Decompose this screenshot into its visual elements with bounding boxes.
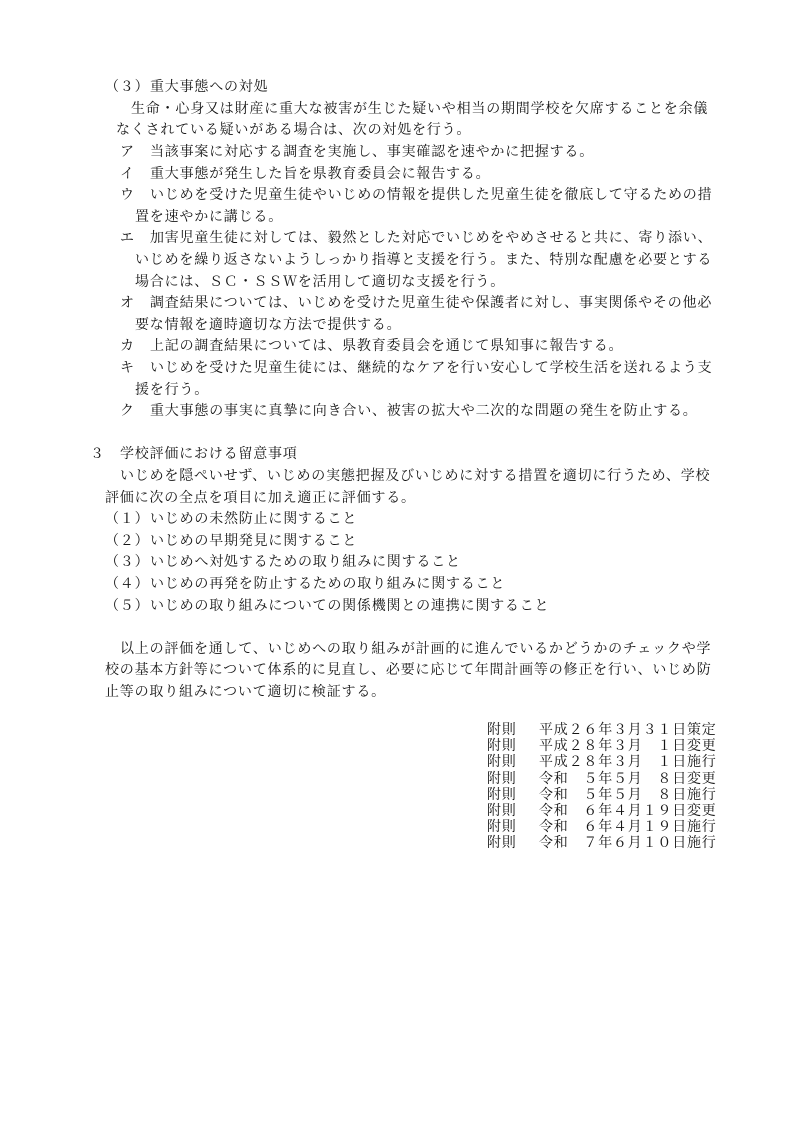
subsection-title: 重大事態への対処 (150, 77, 268, 99)
appendix-date: 令和 ７年６月１０日施行 (539, 835, 717, 851)
list-item-text-continued: 場合には、ＳＣ・ＳＳＷを活用して適切な支援を行う。 (135, 272, 505, 294)
list-item-text-continued: 要な情報を適時適切な方法で提供する。 (135, 315, 401, 337)
list-item-marker: ウ (120, 185, 135, 207)
list-item-text: 上記の調査結果については、県教育委員会を通じて県知事に報告する。 (150, 336, 623, 358)
paragraph-line: 生命・心身又は財産に重大な被害が生じた疑いや相当の期間学校を欠席することを余儀 (131, 99, 708, 121)
list-item-text: いじめを受けた児童生徒やいじめの情報を提供した児童生徒を徹底して守るための措 (150, 185, 712, 207)
list-item-marker: エ (120, 228, 135, 250)
list-item-marker: （３） (105, 552, 149, 574)
list-item-text: いじめを受けた児童生徒には、継続的なケアを行い安心して学校生活を送れるよう支 (150, 358, 712, 380)
appendix-date: 平成２８年３月 １日変更 (539, 738, 717, 754)
list-item-text-continued: 援を行う。 (135, 380, 209, 402)
list-item-text: いじめの未然防止に関すること (150, 509, 357, 531)
appendix-label: 附則 (487, 835, 517, 851)
appendix-label: 附則 (487, 754, 517, 770)
list-item-text: いじめの取り組みについての関係機関との連携に関すること (150, 596, 549, 618)
appendix-date: 令和 ６年４月１９日変更 (539, 803, 717, 819)
document-page: （３） 重大事態への対処 生命・心身又は財産に重大な被害が生じた疑いや相当の期間… (0, 0, 794, 1123)
list-item-text: いじめの早期発見に関すること (150, 531, 357, 553)
subsection-marker: （３） (105, 77, 149, 99)
paragraph-line: なくされている疑いがある場合は、次の対処を行う。 (116, 120, 471, 142)
appendix-label: 附則 (487, 722, 517, 738)
appendix-label: 附則 (487, 803, 517, 819)
list-item-marker: オ (120, 293, 135, 315)
appendix-label: 附則 (487, 738, 517, 754)
list-item-marker: （２） (105, 531, 149, 553)
list-item-marker: （５） (105, 596, 149, 618)
closing-paragraph-line: 以上の評価を通して、いじめへの取り組みが計画的に進んでいるかどうかのチェックや学 (120, 639, 711, 661)
list-item-text: 重大事態が発生した旨を県教育委員会に報告する。 (150, 164, 490, 186)
paragraph-line: いじめを隠ぺいせず、いじめの実態把握及びいじめに対する措置を適切に行うため、学校 (120, 466, 710, 488)
appendix-date: 令和 ５年５月 ８日変更 (539, 771, 717, 787)
list-item-marker: ア (120, 142, 135, 164)
list-item-text: 当該事案に対応する調査を実施し、事実確認を速やかに把握する。 (150, 142, 594, 164)
list-item-text-continued: 置を速やかに講じる。 (135, 207, 283, 229)
list-item-text: いじめの再発を防止するための取り組みに関すること (150, 574, 505, 596)
paragraph-line: 評価に次の全点を項目に加え適正に評価する。 (105, 488, 416, 510)
appendix-label: 附則 (487, 771, 517, 787)
list-item-text: 重大事態の事実に真摯に向き合い、被害の拡大や二次的な問題の発生を防止する。 (150, 401, 698, 423)
list-item-text: いじめへ対処するための取り組みに関すること (150, 552, 461, 574)
appendix-date: 平成２６年３月３１日策定 (539, 722, 717, 738)
appendix-label: 附則 (487, 819, 517, 835)
list-item-marker: （４） (105, 574, 149, 596)
list-item-text: 加害児童生徒に対しては、毅然とした対応でいじめをやめさせると共に、寄り添い、 (150, 228, 712, 250)
appendix-label: 附則 (487, 787, 517, 803)
list-item-marker: カ (120, 336, 135, 358)
list-item-marker: イ (120, 164, 135, 186)
list-item-text: 調査結果については、いじめを受けた児童生徒や保護者に対し、事実関係やその他必 (150, 293, 712, 315)
list-item-text-continued: いじめを繰り返さないようしっかり指導と支援を行う。また、特別な配慮を必要とする (135, 250, 712, 272)
list-item-marker: （１） (105, 509, 149, 531)
section-title: 学校評価における留意事項 (120, 444, 298, 466)
appendix-date: 令和 ５年５月 ８日施行 (539, 787, 717, 803)
section-number: ３ (90, 444, 105, 466)
appendix-date: 令和 ６年４月１９日施行 (539, 819, 717, 835)
closing-paragraph-line: 校の基本方針等について体系的に見直し、必要に応じて年間計画等の修正を行い、いじめ… (105, 660, 712, 682)
closing-paragraph-line: 止等の取り組みについて適切に検証する。 (105, 682, 386, 704)
list-item-marker: キ (120, 358, 135, 380)
appendix-date: 平成２８年３月 １日施行 (539, 754, 717, 770)
list-item-marker: ク (120, 401, 135, 423)
